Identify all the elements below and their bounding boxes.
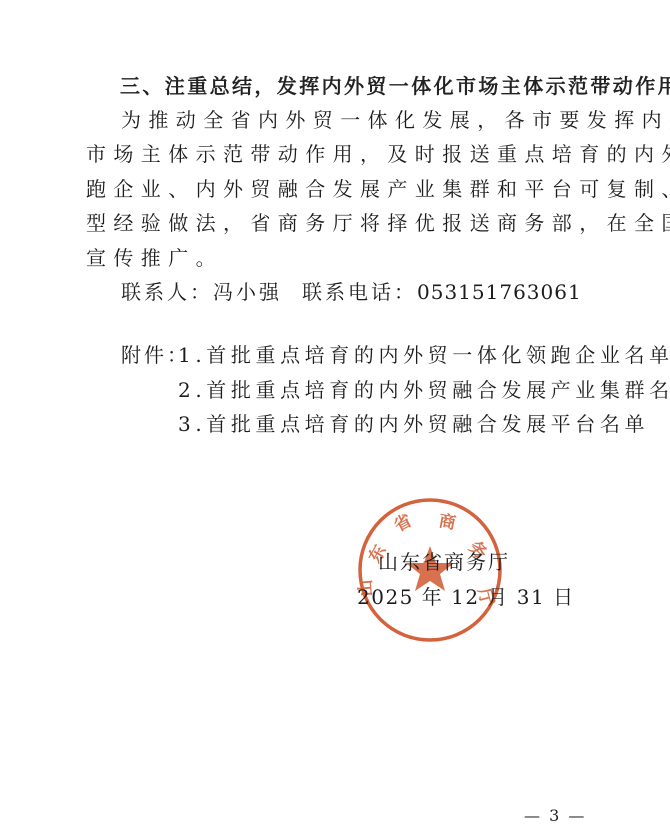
contact-person-label: 联系人： bbox=[121, 280, 213, 304]
body-line: 市场主体示范带动作用，及时报送重点培育的内外贸一体化领 bbox=[86, 142, 586, 166]
signature-date: 2025 年 12 月 31 日 bbox=[357, 585, 575, 609]
body-line: 跑企业、内外贸融合发展产业集群和平台可复制、可推广的典 bbox=[86, 177, 586, 201]
contact-phone-number: 053151763061 bbox=[417, 280, 582, 304]
contact-line: 联系人：冯小强联系电话：053151763061 bbox=[121, 280, 621, 304]
signature-issuer: 山东省商务厅 bbox=[378, 550, 510, 574]
page-number: — 3 — bbox=[524, 806, 586, 826]
contact-person-name: 冯小强 bbox=[213, 280, 282, 304]
svg-text:省: 省 bbox=[390, 510, 415, 537]
attachment-item: 3.首批重点培育的内外贸融合发展平台名单 bbox=[178, 412, 649, 436]
contact-phone-label: 联系电话： bbox=[302, 280, 417, 304]
attachment-item: 1.首批重点培育的内外贸一体化领跑企业名单 bbox=[178, 343, 670, 367]
body-line: 宣传推广。 bbox=[86, 246, 586, 270]
section-heading: 三、注重总结，发挥内外贸一体化市场主体示范带动作用 bbox=[120, 74, 670, 98]
body-line: 型经验做法，省商务厅将择优报送商务部，在全国范围内进行 bbox=[86, 211, 586, 235]
body-line: 为推动全省内外贸一体化发展，各市要发挥内外贸一体化 bbox=[121, 108, 621, 132]
svg-text:商: 商 bbox=[437, 510, 457, 534]
attachment-item: 2.首批重点培育的内外贸融合发展产业集群名单 bbox=[178, 378, 670, 402]
